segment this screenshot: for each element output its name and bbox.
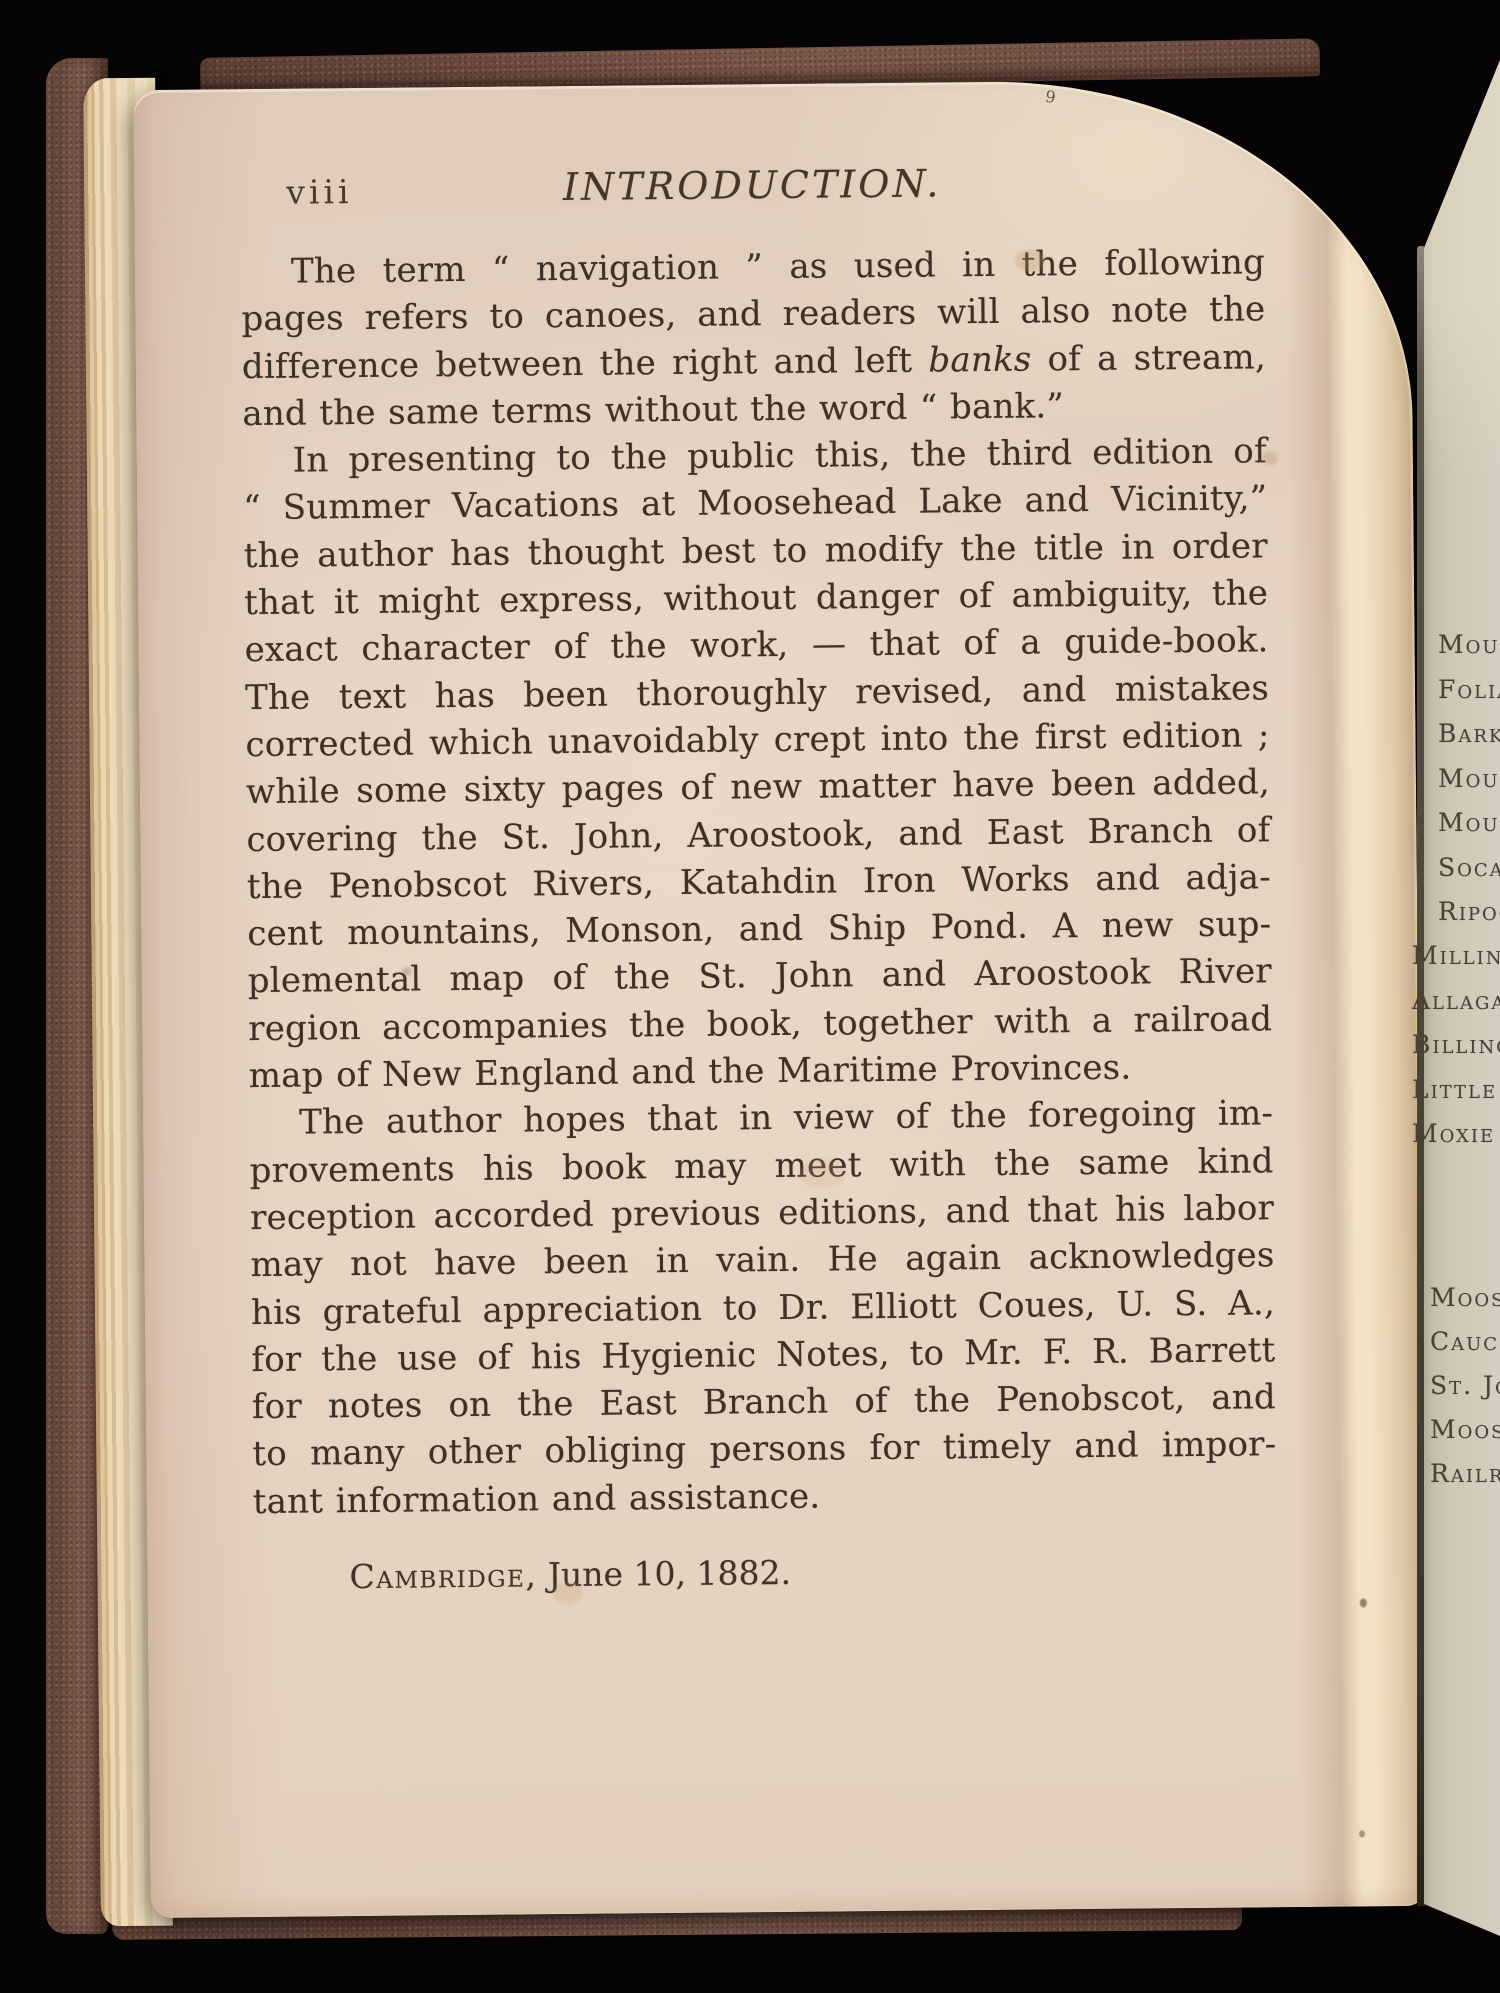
main-page: viii INTRODUCTION. The term “ navigation… <box>133 78 1426 1918</box>
toc-fragment: Ripoge <box>1438 890 1500 935</box>
toc-fragment: Mount <box>1438 757 1500 802</box>
ink-speck <box>1360 1598 1367 1607</box>
text-line: tant information and assistance. <box>253 1469 1277 1526</box>
toc-fragment: St. Joh <box>1430 1364 1500 1408</box>
signature-place: Cambridge, <box>349 1555 537 1596</box>
text-line: to many other obliging persons for timel… <box>252 1422 1276 1479</box>
toc-fragment: Little <box>1412 1068 1500 1113</box>
running-title: INTRODUCTION. <box>240 155 1264 215</box>
toc-fragment: Socate <box>1438 846 1500 891</box>
text-line: difference between the right and left ba… <box>242 334 1266 391</box>
toc-fragment: Bark C <box>1438 712 1500 757</box>
body-text: The term “ navigation ” as used in the f… <box>241 239 1277 1526</box>
toc-lower: MoosehCaucomSt. JohMoosehRailroa <box>1430 1276 1500 1496</box>
toc-fragment: Mooseh <box>1430 1276 1500 1320</box>
ink-speck <box>1359 1830 1365 1837</box>
toc-fragment: Mount <box>1438 623 1500 668</box>
book-scan: { "scan": { "background_color": "#060404… <box>0 0 1500 1993</box>
toc-fragment: Foliag <box>1438 668 1500 713</box>
toc-fragment: Allaga <box>1412 979 1500 1024</box>
toc-fragment: Caucom <box>1430 1320 1500 1364</box>
toc-fragment: Mooseh <box>1430 1408 1500 1452</box>
toc-fragment: Moxie <box>1412 1112 1500 1157</box>
signature-line: Cambridge, June 10, 1882. <box>253 1543 1373 1601</box>
toc-upper: MountFoliagBark CMountMountSocateRipoge <box>1438 623 1500 935</box>
toc-fragment: Mount <box>1438 801 1500 846</box>
ink-speck-mark: 9 <box>1044 87 1057 107</box>
signature-date: June 10, 1882. <box>537 1553 791 1594</box>
toc-fragment: Millin <box>1412 934 1500 979</box>
toc-mid: MillinAllagaBillingLittleMoxie <box>1412 934 1500 1157</box>
toc-fragment: Billing <box>1412 1023 1500 1068</box>
toc-fragment: Railroa <box>1430 1452 1500 1496</box>
